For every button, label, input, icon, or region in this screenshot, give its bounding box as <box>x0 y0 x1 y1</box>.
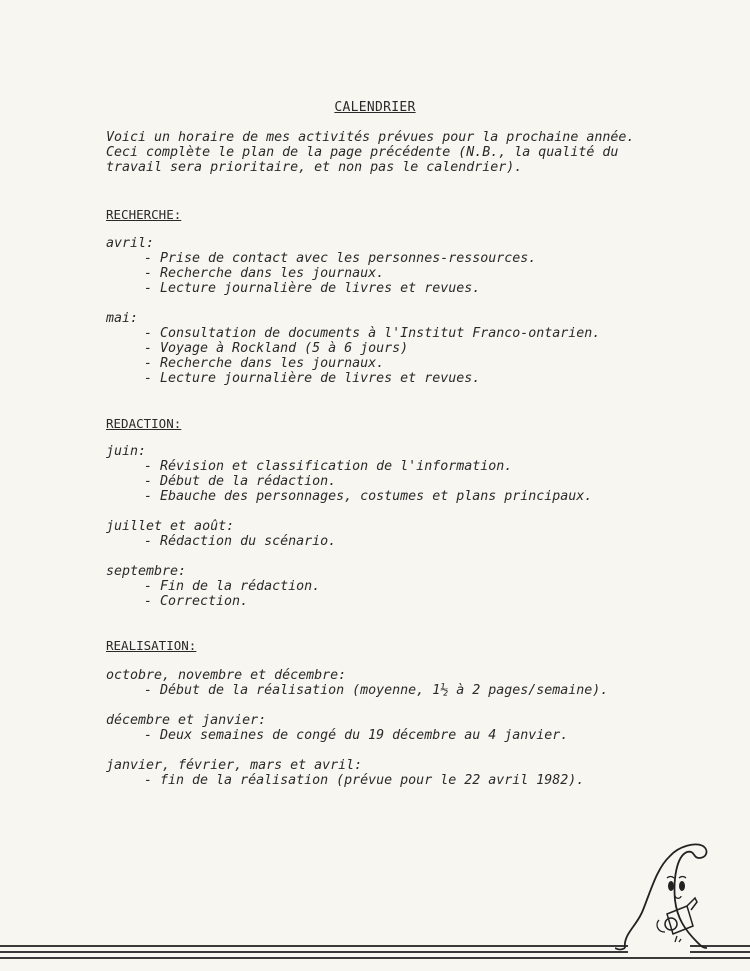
list-item: - Consultation de documents à l'Institut… <box>106 326 600 341</box>
list-item: - Voyage à Rockland (5 à 6 jours) <box>106 341 600 356</box>
group-label: juin: <box>106 444 592 459</box>
list-item: - Prise de contact avec les personnes-re… <box>106 251 536 266</box>
page-title: CALENDRIER <box>0 100 750 115</box>
list-item: - Lecture journalière de livres et revue… <box>106 371 600 386</box>
section-heading-recherche: RECHERCHE: <box>106 207 181 222</box>
group-jan-avr: janvier, février, mars et avril: - fin d… <box>106 758 584 788</box>
section-heading-realisation: REALISATION: <box>106 638 196 653</box>
section-heading-redaction: REDACTION: <box>106 416 181 431</box>
group-label: janvier, février, mars et avril: <box>106 758 584 773</box>
list-item: - Début de la réalisation (moyenne, 1½ à… <box>106 683 608 698</box>
list-item: - Fin de la rédaction. <box>106 579 320 594</box>
intro-paragraph: Voici un horaire de mes activités prévue… <box>106 130 666 175</box>
group-label: juillet et août: <box>106 519 336 534</box>
group-label: avril: <box>106 236 536 251</box>
group-label: mai: <box>106 311 600 326</box>
list-item: - Rédaction du scénario. <box>106 534 336 549</box>
group-dec-jan: décembre et janvier: - Deux semaines de … <box>106 713 568 743</box>
list-item: - Révision et classification de l'inform… <box>106 459 592 474</box>
ghost-mascot-icon <box>615 838 715 958</box>
list-item: - Deux semaines de congé du 19 décembre … <box>106 728 568 743</box>
group-label: octobre, novembre et décembre: <box>106 668 608 683</box>
list-item: - Recherche dans les journaux. <box>106 356 600 371</box>
list-item: - Début de la rédaction. <box>106 474 592 489</box>
list-item: - Correction. <box>106 594 320 609</box>
group-juillet-aout: juillet et août: - Rédaction du scénario… <box>106 519 336 549</box>
group-avril: avril: - Prise de contact avec les perso… <box>106 236 536 296</box>
list-item: - Ebauche des personnages, costumes et p… <box>106 489 592 504</box>
group-mai: mai: - Consultation de documents à l'Ins… <box>106 311 600 386</box>
group-label: décembre et janvier: <box>106 713 568 728</box>
list-item: - Recherche dans les journaux. <box>106 266 536 281</box>
group-label: septembre: <box>106 564 320 579</box>
footer-rule <box>0 951 628 953</box>
list-item: - fin de la réalisation (prévue pour le … <box>106 773 584 788</box>
group-oct-nov-dec: octobre, novembre et décembre: - Début d… <box>106 668 608 698</box>
group-juin: juin: - Révision et classification de l'… <box>106 444 592 504</box>
document-page: CALENDRIER Voici un horaire de mes activ… <box>0 0 750 971</box>
list-item: - Lecture journalière de livres et revue… <box>106 281 536 296</box>
group-septembre: septembre: - Fin de la rédaction. - Corr… <box>106 564 320 609</box>
footer-rule <box>0 945 628 947</box>
